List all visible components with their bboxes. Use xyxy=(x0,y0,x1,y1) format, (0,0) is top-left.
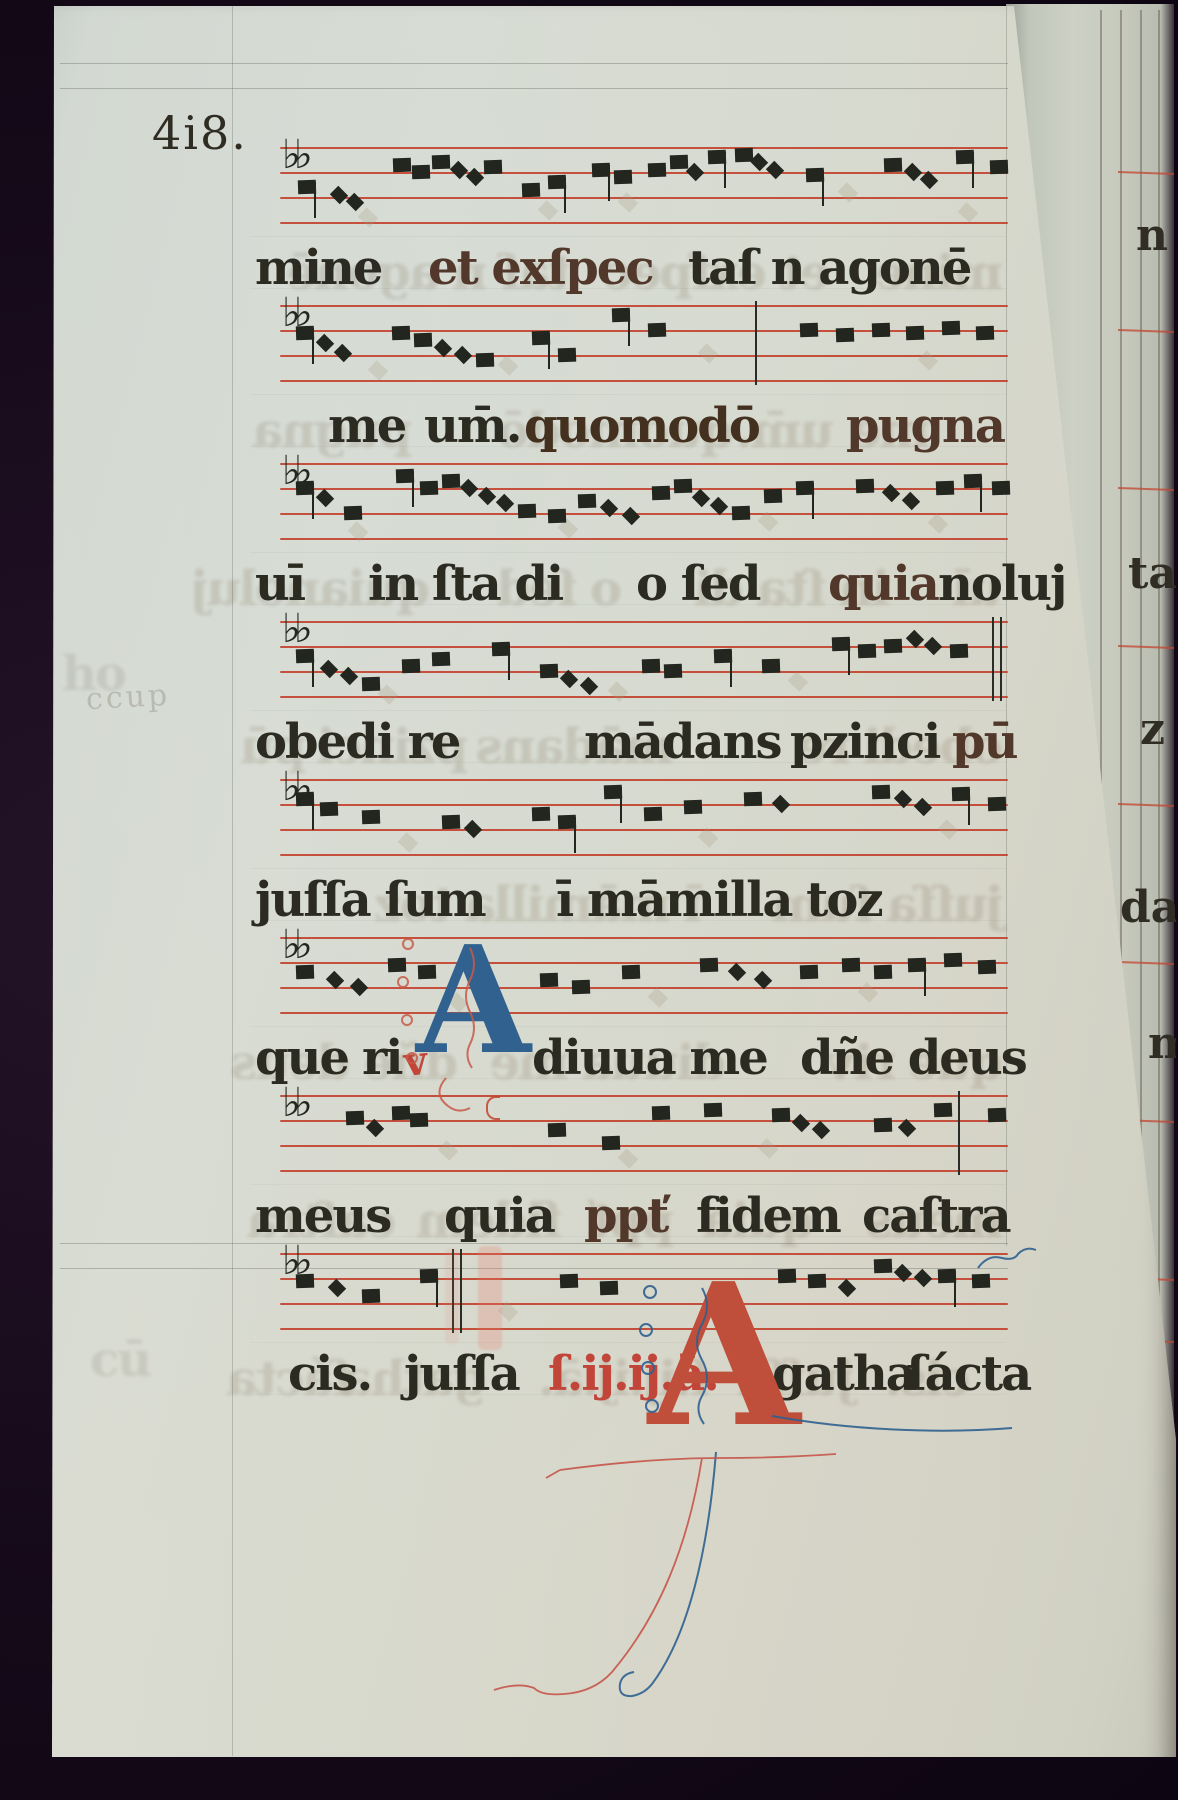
neume-punctum xyxy=(532,807,550,822)
neume-punctum xyxy=(388,957,406,972)
neume-punctum xyxy=(402,659,420,674)
neume-punctum xyxy=(600,1281,618,1296)
neume-punctum xyxy=(874,1118,892,1133)
neume-punctum xyxy=(700,957,718,972)
neume-stem xyxy=(812,483,814,519)
neume-punctum xyxy=(432,651,450,666)
lyric-word: quia xyxy=(828,558,938,610)
lyric-word: quomodō xyxy=(524,400,759,452)
neume-punctum xyxy=(540,664,558,679)
stave-line xyxy=(280,987,1008,989)
stave-line xyxy=(280,488,1008,490)
neume-punctum xyxy=(548,508,566,523)
stave-line xyxy=(280,197,1008,199)
neume-punctum xyxy=(644,807,662,822)
neume-stem xyxy=(968,789,970,825)
text-guide-line xyxy=(250,552,1006,553)
margin-ghost: ho xyxy=(62,648,125,700)
lyric-word: o ſed xyxy=(636,558,759,610)
margin-ghost: cū xyxy=(90,1334,150,1386)
neume-punctum xyxy=(934,1103,952,1118)
neume-punctum xyxy=(808,1273,826,1288)
neume-punctum xyxy=(800,965,818,980)
stave-line xyxy=(280,172,1008,174)
facing-text-fragment: da xyxy=(1120,882,1176,933)
neume-stem xyxy=(724,152,726,188)
neume-punctum xyxy=(944,952,962,967)
neume-punctum xyxy=(578,493,596,508)
neume-punctum xyxy=(674,478,692,493)
manuscript-photo: ntazdam 4i8. ccup ♭♭♭♭♭♭♭♭♭♭♭♭♭♭♭♭ minee… xyxy=(0,0,1178,1800)
neume-punctum xyxy=(442,473,460,488)
red-ornament xyxy=(486,1096,500,1120)
neume-stem xyxy=(548,333,550,369)
neume-punctum xyxy=(976,325,994,340)
lyric-word: dñe deus xyxy=(800,1032,1026,1084)
neume-stem xyxy=(972,152,974,188)
stave-line xyxy=(280,463,1008,465)
neume-punctum xyxy=(392,1105,410,1120)
neume-punctum xyxy=(988,797,1006,812)
neume-punctum xyxy=(884,639,902,654)
neume-punctum xyxy=(936,481,954,496)
lyric-word: et exſpec xyxy=(428,242,653,294)
ink-stain xyxy=(445,1248,459,1344)
stave-line xyxy=(280,1120,1008,1122)
neume-punctum xyxy=(872,323,890,338)
divisio-bar xyxy=(755,301,757,385)
neume-stem xyxy=(924,960,926,996)
neume-stem xyxy=(954,1271,956,1307)
neume-stem xyxy=(608,165,610,201)
neume-punctum xyxy=(978,960,996,975)
decorated-initial-A-red: A xyxy=(648,1258,800,1454)
neume-punctum xyxy=(906,325,924,340)
neume-punctum xyxy=(858,644,876,659)
ruling-line xyxy=(60,63,1008,64)
stave-line xyxy=(280,513,1008,515)
neume-punctum xyxy=(420,481,438,496)
neume-punctum xyxy=(442,814,460,829)
neume-punctum xyxy=(410,1113,428,1128)
lyric-word: pugna xyxy=(846,400,1004,452)
decorated-initial-A-blue: A xyxy=(416,926,531,1074)
neume-punctum xyxy=(346,1110,364,1125)
neume-punctum xyxy=(856,478,874,493)
lyric-word: taſ n agonē xyxy=(688,242,970,294)
neume-punctum xyxy=(992,481,1010,496)
neume-punctum xyxy=(762,659,780,674)
lyric-word: mine xyxy=(255,242,381,294)
neume-punctum xyxy=(572,980,590,995)
lyric-word: obedi re xyxy=(255,716,459,768)
text-guide-line xyxy=(250,394,1006,395)
facing-text-fragment: m xyxy=(1148,1018,1176,1069)
stave-line xyxy=(280,147,1008,149)
neume-punctum xyxy=(872,784,890,799)
neume-stem xyxy=(312,483,314,519)
neume-punctum xyxy=(296,965,314,980)
neume-punctum xyxy=(412,165,430,180)
text-guide-line xyxy=(250,236,1006,237)
lyric-word: in ſta di xyxy=(368,558,562,610)
neume-punctum xyxy=(670,155,688,170)
neume-punctum xyxy=(320,802,338,817)
neume-punctum xyxy=(684,799,702,814)
neume-stem xyxy=(822,170,824,206)
neume-punctum xyxy=(622,965,640,980)
stave-line xyxy=(280,1303,1008,1305)
lyric-word: meus xyxy=(255,1190,390,1242)
stave-line xyxy=(280,305,1008,307)
neume-punctum xyxy=(652,1105,670,1120)
neume-punctum xyxy=(362,676,380,691)
neume-punctum xyxy=(362,1288,380,1303)
facing-text-fragment: z xyxy=(1140,704,1176,755)
neume-stem xyxy=(508,644,510,680)
neume-stem xyxy=(312,328,314,364)
text-guide-line xyxy=(250,1026,1006,1027)
neume-punctum xyxy=(518,503,536,518)
neume-punctum xyxy=(800,323,818,338)
divisio-bar xyxy=(992,617,994,701)
lyric-word: que xyxy=(255,1032,348,1084)
neume-stem xyxy=(574,817,576,853)
neume-punctum xyxy=(614,170,632,185)
neume-punctum xyxy=(560,1273,578,1288)
lyric-word: ſácta xyxy=(906,1348,1030,1400)
neume-punctum xyxy=(836,328,854,343)
stave-line xyxy=(280,355,1008,357)
ruling-line xyxy=(60,1268,1008,1269)
neume-punctum xyxy=(432,155,450,170)
text-guide-line xyxy=(250,1342,1006,1343)
lyric-word: quia xyxy=(444,1190,554,1242)
lyric-word: pū xyxy=(952,716,1016,768)
neume-punctum xyxy=(884,157,902,172)
neume-punctum xyxy=(602,1135,620,1150)
stave-line xyxy=(280,1095,1008,1097)
facing-text-fragment: ta xyxy=(1128,548,1176,599)
neume-punctum xyxy=(764,488,782,503)
neume-punctum xyxy=(540,972,558,987)
stave-line xyxy=(280,330,1008,332)
stave-line xyxy=(280,621,1008,623)
ruling-line xyxy=(60,88,1008,89)
neume-punctum xyxy=(744,792,762,807)
neume-punctum xyxy=(414,333,432,348)
neume-punctum xyxy=(990,160,1008,175)
lyric-word: pzinci xyxy=(790,716,939,768)
neume-punctum xyxy=(393,157,411,172)
stave-line xyxy=(280,1328,1008,1330)
divisio-bar xyxy=(460,1249,462,1333)
stave-line xyxy=(280,1012,1008,1014)
neume-punctum xyxy=(548,1123,566,1138)
neume-stem xyxy=(312,794,314,830)
ink-stain xyxy=(478,1246,502,1350)
divisio-bar xyxy=(958,1091,960,1175)
neume-punctum xyxy=(648,162,666,177)
lyric-word: caſtra xyxy=(862,1190,1010,1242)
lyric-word: ppť xyxy=(584,1190,667,1242)
stave-line xyxy=(280,779,1008,781)
neume-punctum xyxy=(642,659,660,674)
neume-punctum xyxy=(732,506,750,521)
lyric-word: diuua me xyxy=(532,1032,767,1084)
stave-line xyxy=(280,1145,1008,1147)
neume-stem xyxy=(980,476,982,512)
stave-line xyxy=(280,1253,1008,1255)
neume-punctum xyxy=(772,1108,790,1123)
neume-punctum xyxy=(558,348,576,363)
text-guide-line xyxy=(250,1184,1006,1185)
neume-punctum xyxy=(648,323,666,338)
neume-punctum xyxy=(972,1273,990,1288)
stave-line xyxy=(280,380,1008,382)
lyric-word: um̄. xyxy=(424,400,520,452)
neume-stem xyxy=(628,310,630,346)
neume-punctum xyxy=(950,644,968,659)
neume-punctum xyxy=(344,506,362,521)
neume-punctum xyxy=(522,182,540,197)
neume-punctum xyxy=(484,160,502,175)
neume-stem xyxy=(314,182,316,218)
neume-stem xyxy=(848,639,850,675)
text-guide-line xyxy=(250,710,1006,711)
neume-stem xyxy=(620,787,622,823)
neume-punctum xyxy=(704,1103,722,1118)
stave-line xyxy=(280,937,1008,939)
facing-text-fragment: n xyxy=(1136,210,1176,261)
lyric-word: juſſa xyxy=(404,1348,519,1400)
neume-punctum xyxy=(664,664,682,679)
stave-line xyxy=(280,1170,1008,1172)
lyric-word: me xyxy=(328,400,405,452)
lyric-word: uī xyxy=(255,558,304,610)
lyric-word: ri xyxy=(362,1032,402,1084)
neume-stem xyxy=(412,471,414,507)
neume-punctum xyxy=(362,809,380,824)
neume-stem xyxy=(564,177,566,213)
neume-punctum xyxy=(942,320,960,335)
stave-clef: ♭♭ xyxy=(282,135,306,175)
ruling-line xyxy=(232,6,233,1756)
lyric-word: noluj xyxy=(938,558,1065,610)
neume-punctum xyxy=(392,325,410,340)
stave-line xyxy=(280,854,1008,856)
stave-line xyxy=(280,804,1008,806)
neume-stem xyxy=(312,651,314,687)
stave-line xyxy=(280,829,1008,831)
neume-punctum xyxy=(874,1258,892,1273)
lyric-word: ī māmilla toz xyxy=(556,874,882,926)
neume-stem xyxy=(730,651,732,687)
neume-punctum xyxy=(874,965,892,980)
neume-punctum xyxy=(652,486,670,501)
lyric-word: cis. xyxy=(288,1348,371,1400)
text-guide-line xyxy=(250,868,1006,869)
lyric-word: mādans xyxy=(584,716,780,768)
folio-number: 4i8. xyxy=(152,106,248,160)
stave-line xyxy=(280,538,1008,540)
neume-punctum xyxy=(296,1273,314,1288)
lyric-word: fidem xyxy=(696,1190,840,1242)
stave-line xyxy=(280,1278,1008,1280)
neume-punctum xyxy=(988,1108,1006,1123)
divisio-bar xyxy=(1000,617,1002,701)
neume-punctum xyxy=(476,353,494,368)
stave-line xyxy=(280,222,1008,224)
neume-punctum xyxy=(842,957,860,972)
neume-stem xyxy=(436,1271,438,1307)
